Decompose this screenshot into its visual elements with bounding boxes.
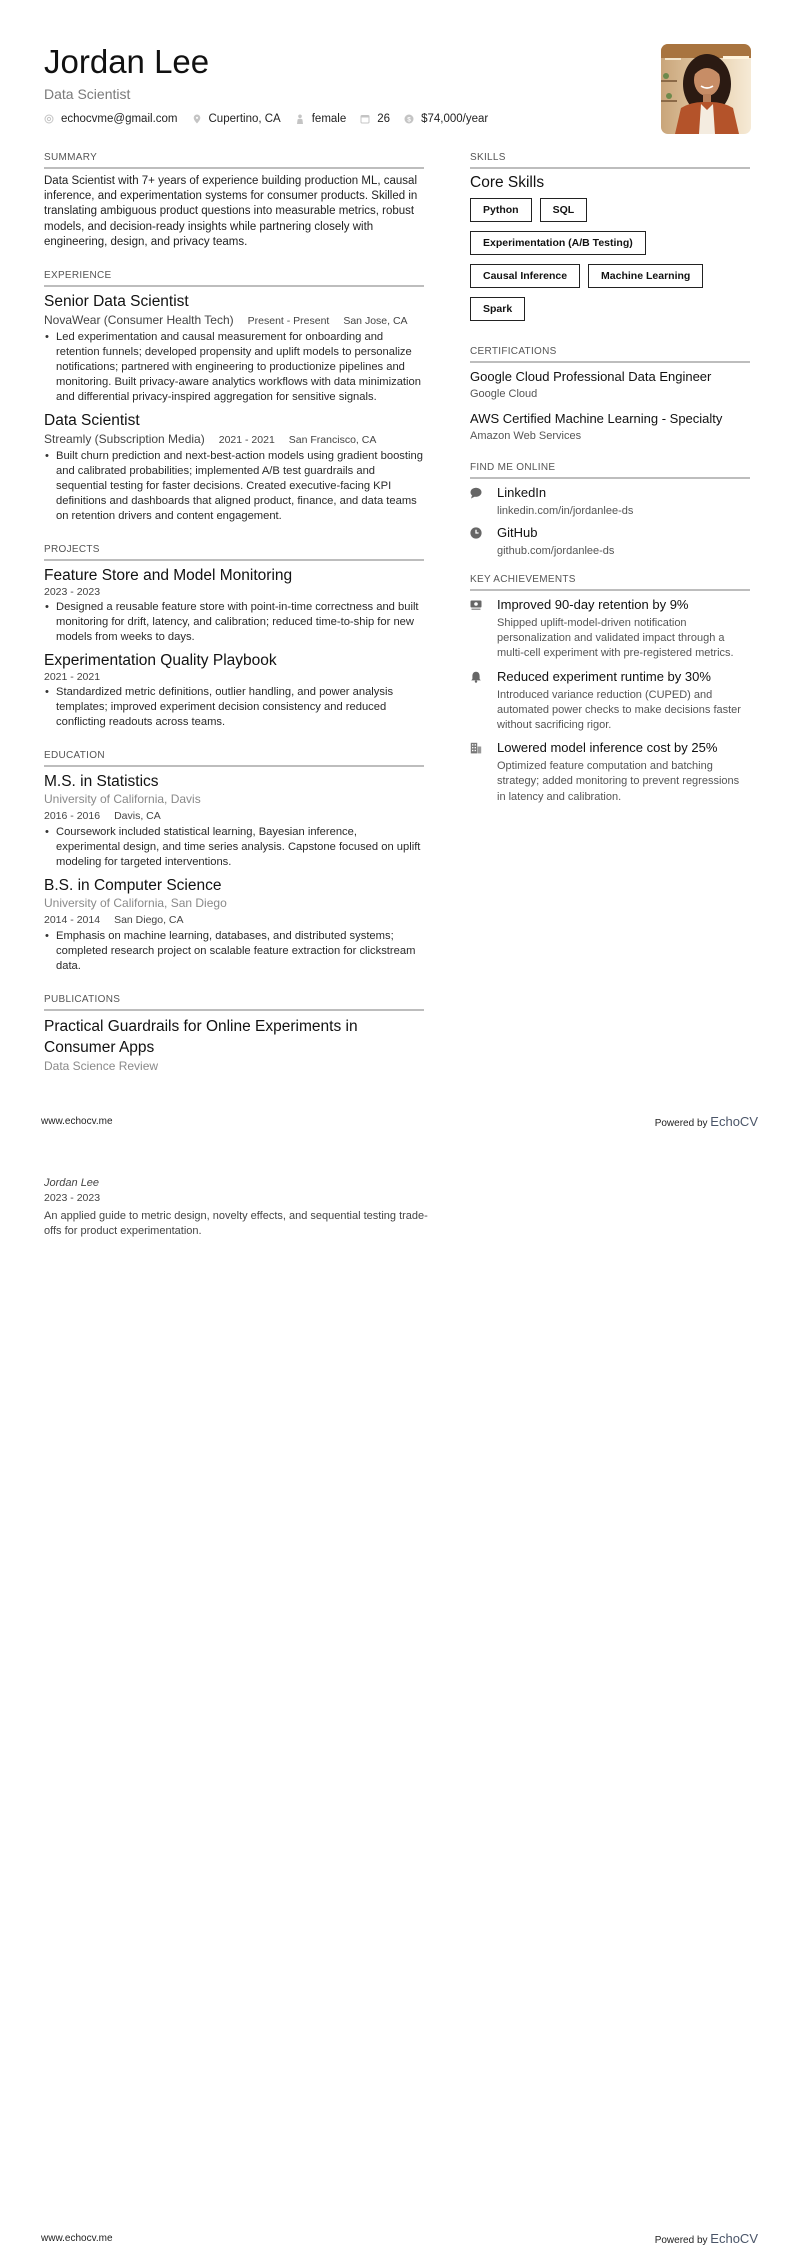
- candidate-title: Data Scientist: [44, 86, 754, 102]
- bullet: Built churn prediction and next-best-act…: [44, 449, 424, 524]
- education-item: M.S. in Statistics University of Califor…: [44, 772, 424, 870]
- job-meta: Streamly (Subscription Media) 2021 - 202…: [44, 431, 424, 448]
- resume-header: Jordan Lee Data Scientist echocvme@gmail…: [44, 44, 754, 140]
- publication-author: Jordan Lee: [44, 1176, 434, 1191]
- education-dates: 2014 - 2014: [44, 912, 100, 928]
- achievement-item: Improved 90-day retention by 9% Shipped …: [470, 596, 750, 662]
- bullet: Led experimentation and causal measureme…: [44, 330, 424, 405]
- skill-tag: Spark: [470, 297, 525, 321]
- job-title: Senior Data Scientist: [44, 292, 424, 311]
- skill-tag: Causal Inference: [470, 264, 580, 288]
- education-section: EDUCATION M.S. in Statistics University …: [44, 750, 424, 974]
- page-footer: www.echocv.me Powered by EchoCV: [0, 2233, 794, 2246]
- section-heading: KEY ACHIEVEMENTS: [470, 574, 750, 591]
- achievement-desc: Shipped uplift-model-driven notification…: [497, 616, 750, 662]
- section-heading: CERTIFICATIONS: [470, 346, 750, 363]
- contact-row: echocvme@gmail.com Cupertino, CA female …: [44, 113, 754, 125]
- link-url[interactable]: linkedin.com/in/jordanlee-ds: [497, 502, 633, 520]
- experience-section: EXPERIENCE Senior Data Scientist NovaWea…: [44, 270, 424, 524]
- achievement-title: Reduced experiment runtime by 30%: [497, 668, 750, 686]
- link-url[interactable]: github.com/jordanlee-ds: [497, 542, 614, 560]
- skill-tag: Python: [470, 198, 532, 222]
- skill-tag: Experimentation (A/B Testing): [470, 231, 646, 255]
- location-value: Cupertino, CA: [209, 113, 281, 125]
- brand-name[interactable]: EchoCV: [710, 2231, 758, 2246]
- skill-tag: Machine Learning: [588, 264, 703, 288]
- chat-bubble-icon: [470, 487, 482, 499]
- experience-item: Senior Data Scientist NovaWear (Consumer…: [44, 292, 424, 405]
- contact-age: 26: [360, 113, 390, 125]
- projects-section: PROJECTS Feature Store and Model Monitor…: [44, 544, 424, 730]
- money-icon: [470, 599, 482, 611]
- powered-prefix: Powered by: [655, 1118, 708, 1129]
- publication-title: Practical Guardrails for Online Experime…: [44, 1016, 424, 1058]
- publication-continued: Jordan Lee 2023 - 2023 An applied guide …: [44, 1176, 434, 1239]
- skill-tag: SQL: [540, 198, 588, 222]
- degree: B.S. in Computer Science: [44, 876, 424, 895]
- section-heading: SKILLS: [470, 152, 750, 169]
- project-title: Experimentation Quality Playbook: [44, 651, 424, 670]
- education-bullets: Coursework included statistical learning…: [44, 825, 424, 870]
- person-icon: [295, 114, 305, 124]
- left-column: SUMMARY Data Scientist with 7+ years of …: [44, 152, 424, 1094]
- bell-icon: [470, 671, 482, 683]
- link-label: LinkedIn: [497, 484, 633, 502]
- section-heading: PROJECTS: [44, 544, 424, 561]
- online-link-github[interactable]: GitHub github.com/jordanlee-ds: [470, 524, 750, 560]
- education-meta: 2014 - 2014 San Diego, CA: [44, 912, 424, 928]
- section-heading: EDUCATION: [44, 750, 424, 767]
- school: University of California, San Diego: [44, 895, 424, 911]
- candidate-name: Jordan Lee: [44, 44, 754, 80]
- job-location: San Francisco, CA: [289, 432, 377, 448]
- bullet: Standardized metric definitions, outlier…: [44, 685, 424, 730]
- bullet: Coursework included statistical learning…: [44, 825, 424, 870]
- project-title: Feature Store and Model Monitoring: [44, 566, 424, 585]
- project-dates: 2023 - 2023: [44, 585, 424, 599]
- job-meta: NovaWear (Consumer Health Tech) Present …: [44, 312, 424, 329]
- svg-text:$: $: [407, 117, 411, 124]
- project-item: Experimentation Quality Playbook 2021 - …: [44, 651, 424, 730]
- education-dates: 2016 - 2016: [44, 808, 100, 824]
- dollar-icon: $: [404, 114, 414, 124]
- degree: M.S. in Statistics: [44, 772, 424, 791]
- company: NovaWear (Consumer Health Tech): [44, 312, 234, 328]
- bullet: Designed a reusable feature store with p…: [44, 600, 424, 645]
- online-link-linkedin[interactable]: LinkedIn linkedin.com/in/jordanlee-ds: [470, 484, 750, 520]
- achievement-item: Reduced experiment runtime by 30% Introd…: [470, 668, 750, 734]
- calendar-icon: [360, 114, 370, 124]
- section-heading: FIND ME ONLINE: [470, 462, 750, 479]
- achievement-title: Improved 90-day retention by 9%: [497, 596, 750, 614]
- project-bullets: Designed a reusable feature store with p…: [44, 600, 424, 645]
- certification-issuer: Amazon Web Services: [470, 428, 750, 444]
- gender-value: female: [312, 113, 347, 125]
- age-value: 26: [377, 113, 390, 125]
- link-label: GitHub: [497, 524, 614, 542]
- publication-description: An applied guide to metric design, novel…: [44, 1209, 434, 1239]
- bullet: Emphasis on machine learning, databases,…: [44, 929, 424, 974]
- publication-venue: Data Science Review: [44, 1058, 424, 1074]
- clock-icon: [470, 527, 482, 539]
- education-meta: 2016 - 2016 Davis, CA: [44, 808, 424, 824]
- section-heading: SUMMARY: [44, 152, 424, 169]
- contact-salary: $ $74,000/year: [404, 113, 488, 125]
- education-location: Davis, CA: [114, 808, 161, 824]
- project-item: Feature Store and Model Monitoring 2023 …: [44, 566, 424, 645]
- footer-site-link[interactable]: www.echocv.me: [41, 2233, 113, 2244]
- contact-location: Cupertino, CA: [192, 113, 281, 125]
- summary-text: Data Scientist with 7+ years of experien…: [44, 174, 424, 250]
- education-bullets: Emphasis on machine learning, databases,…: [44, 929, 424, 974]
- building-icon: [470, 742, 482, 754]
- skills-section: SKILLS Core Skills Python SQL Experiment…: [470, 152, 750, 330]
- contact-email[interactable]: echocvme@gmail.com: [44, 113, 178, 125]
- publications-section: PUBLICATIONS Practical Guardrails for On…: [44, 994, 424, 1074]
- education-item: B.S. in Computer Science University of C…: [44, 876, 424, 974]
- at-icon: [44, 114, 54, 124]
- certification-issuer: Google Cloud: [470, 386, 750, 402]
- page-footer: www.echocv.me Powered by EchoCV: [0, 1116, 794, 1132]
- contact-gender: female: [295, 113, 347, 125]
- job-dates: 2021 - 2021: [219, 432, 275, 448]
- online-section: FIND ME ONLINE LinkedIn linkedin.com/in/…: [470, 462, 750, 560]
- job-title: Data Scientist: [44, 411, 424, 430]
- section-heading: PUBLICATIONS: [44, 994, 424, 1011]
- skill-group-title: Core Skills: [470, 174, 750, 192]
- job-dates: Present - Present: [248, 313, 330, 329]
- portrait-image: [661, 44, 751, 134]
- section-heading: EXPERIENCE: [44, 270, 424, 287]
- publication-dates: 2023 - 2023: [44, 1191, 434, 1206]
- job-bullets: Led experimentation and causal measureme…: [44, 330, 424, 405]
- company: Streamly (Subscription Media): [44, 431, 205, 447]
- achievement-title: Lowered model inference cost by 25%: [497, 739, 750, 757]
- education-location: San Diego, CA: [114, 912, 183, 928]
- certification-name: AWS Certified Machine Learning - Special…: [470, 410, 750, 428]
- achievement-item: Lowered model inference cost by 25% Opti…: [470, 739, 750, 805]
- job-bullets: Built churn prediction and next-best-act…: [44, 449, 424, 524]
- summary-section: SUMMARY Data Scientist with 7+ years of …: [44, 152, 424, 250]
- achievements-section: KEY ACHIEVEMENTS Improved 90-day retenti…: [470, 574, 750, 805]
- location-pin-icon: [192, 114, 202, 124]
- powered-by: Powered by EchoCV: [655, 1114, 758, 1129]
- achievement-desc: Optimized feature computation and batchi…: [497, 759, 750, 805]
- powered-prefix: Powered by: [655, 2235, 708, 2246]
- right-column: SKILLS Core Skills Python SQL Experiment…: [470, 152, 750, 825]
- email-value: echocvme@gmail.com: [61, 113, 178, 125]
- certification-name: Google Cloud Professional Data Engineer: [470, 368, 750, 386]
- project-dates: 2021 - 2021: [44, 670, 424, 684]
- project-bullets: Standardized metric definitions, outlier…: [44, 685, 424, 730]
- job-location: San Jose, CA: [343, 313, 407, 329]
- certifications-section: CERTIFICATIONS Google Cloud Professional…: [470, 346, 750, 444]
- experience-item: Data Scientist Streamly (Subscription Me…: [44, 411, 424, 524]
- achievement-desc: Introduced variance reduction (CUPED) an…: [497, 688, 750, 734]
- brand-name[interactable]: EchoCV: [710, 1114, 758, 1129]
- powered-by: Powered by EchoCV: [655, 2231, 758, 2246]
- school: University of California, Davis: [44, 791, 424, 807]
- skill-tags: Python SQL Experimentation (A/B Testing)…: [470, 198, 750, 330]
- footer-site-link[interactable]: www.echocv.me: [41, 1116, 113, 1127]
- profile-photo: [661, 44, 751, 134]
- salary-value: $74,000/year: [421, 113, 488, 125]
